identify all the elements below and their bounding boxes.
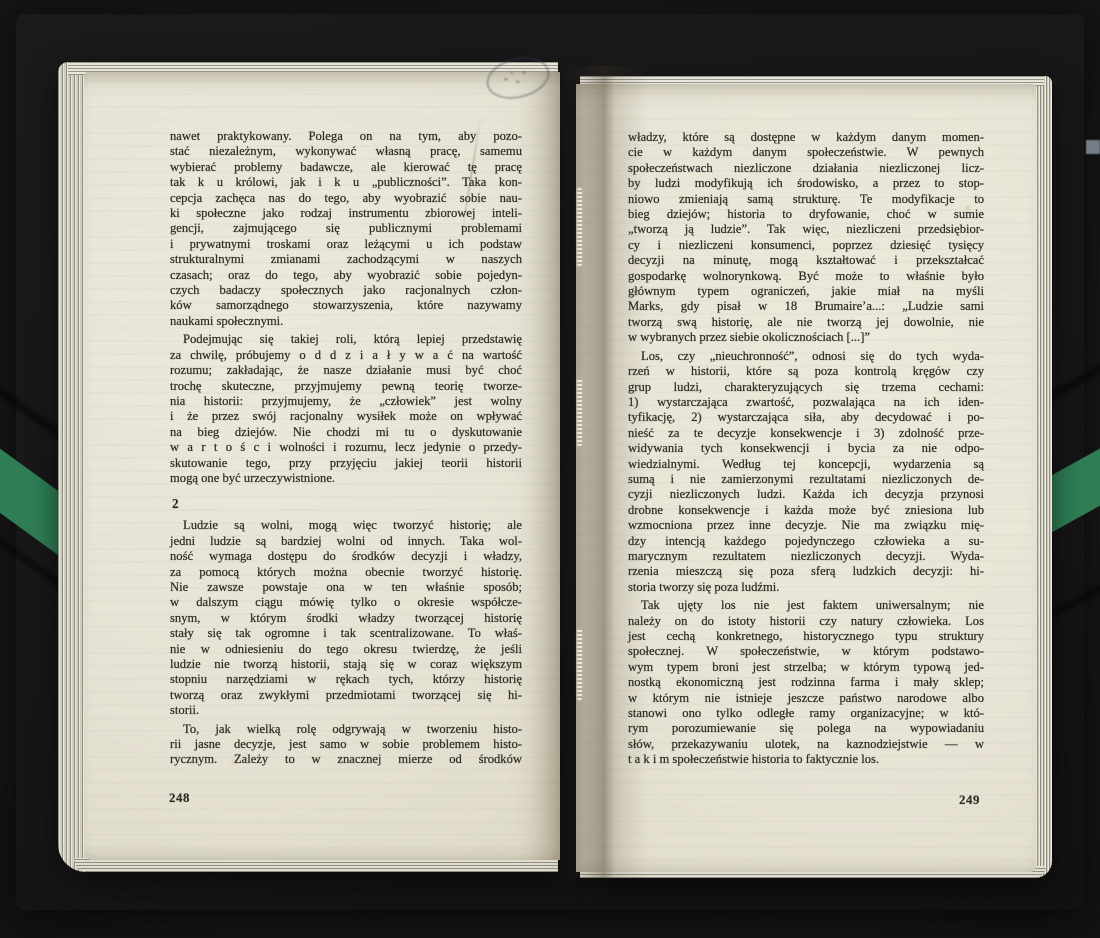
text-line: tak k u królowi, jak i k u „publiczności…	[170, 175, 522, 190]
text-line: społecznej. W społeczeństwie, w którym p…	[628, 644, 984, 659]
text-line: nawet praktykowany. Polega on na tym, ab…	[170, 129, 522, 144]
text-line: władzy, które są dostępne w każdym danym…	[628, 130, 984, 145]
text-line: tworzą swą historię, ale nie tworzą jej …	[628, 315, 984, 330]
paragraph: Podejmując się takiej roli, którą lepiej…	[170, 332, 522, 486]
text-line: nostką ekonomiczną jest rodzinna farma i…	[628, 675, 984, 690]
text-line: czych badaczy społecznych jako racjonaln…	[170, 283, 522, 298]
text-line: za chwilę, próbujemy o d d z i a ł y w a…	[170, 348, 522, 363]
text-line: jest cechą konkretnego, historycznego ty…	[628, 629, 984, 644]
text-line: Podejmując się takiej roli, którą lepiej…	[170, 332, 522, 347]
text-line: cy i niezliczeni konsumenci, poprzez dzi…	[628, 238, 984, 253]
text-line: storii.	[170, 703, 522, 718]
text-line: wym typem broni jest strzelba; w którym …	[628, 660, 984, 675]
text-line: stopniu narzędziami w rękach tych, którz…	[170, 672, 522, 687]
text-line: rycznym. Zależy to w znacznej mierze od …	[170, 752, 522, 767]
page-number-right: 249	[628, 793, 980, 808]
text-line: dzy intencją każdego pojedynczego człowi…	[628, 534, 984, 549]
text-line: rzenia mieszczą się poza sferą ludzkich …	[628, 564, 984, 579]
text-line: rym porozumiewanie się polega na wypowia…	[628, 721, 984, 736]
paragraph: To, jak wielką rolę odgrywają w tworzeni…	[170, 722, 522, 768]
text-line: nia historii: przyjmujemy, że „człowiek”…	[170, 394, 522, 409]
text-line: ki społeczne jako rodzaj instrumentu zbi…	[170, 206, 522, 221]
open-book: nawet praktykowany. Polega on na tym, ab…	[58, 60, 1055, 882]
text-line: To, jak wielką rolę odgrywają w tworzeni…	[170, 722, 522, 737]
text-line: widywania tych konsekwencji i bycia za n…	[628, 441, 984, 456]
text-line: marycznym rezultatem niezliczonych decyz…	[628, 549, 984, 564]
text-line: rii jasne decyzje, jest samo w sobie pro…	[170, 737, 522, 752]
page-number-left: 248	[169, 791, 190, 806]
page-edges-bottom-left	[74, 858, 558, 872]
text-line: wybierać problemy badawcze, ale kierować…	[170, 160, 522, 175]
text-line: Los, czy „nieuchronność”, odnosi się do …	[628, 349, 984, 364]
text-line: nie w odniesieniu do tego okresu twierdz…	[170, 642, 522, 657]
paragraph: Los, czy „nieuchronność”, odnosi się do …	[628, 349, 984, 596]
text-line: grup ludzi, charakteryzujących się trzem…	[628, 380, 984, 395]
text-line: naukami społecznymi.	[170, 314, 522, 329]
text-line: strukturalnymi zmianami zachodzącymi w n…	[170, 252, 522, 267]
text-line: należy on do istoty historii czy natury …	[628, 614, 984, 629]
text-line: trochę skuteczne, przyjmujemy pewną teor…	[170, 379, 522, 394]
text-line: gospodarkę wolnorynkową. Być może to wła…	[628, 269, 984, 284]
text-line: Nie zawsze powstaje ona w ten właśnie sp…	[170, 580, 522, 595]
text-line: wiedzialnymi. Według tej koncepcji, wyda…	[628, 457, 984, 472]
binding-thread	[577, 628, 582, 700]
page-edges-fore-right	[1035, 76, 1052, 878]
text-line: na bieg dziejów. Nie chodzi mi tu o dysk…	[170, 425, 522, 440]
paragraph: nawet praktykowany. Polega on na tym, ab…	[170, 129, 522, 329]
background-tab	[1086, 140, 1100, 154]
text-line: społeczeństwach niezliczone działania ni…	[628, 161, 984, 176]
text-line: w a r t o ś c i wolności i rozumu, lecz …	[170, 440, 522, 455]
text-line: ność wymaga dostępu do środków decyzji i…	[170, 549, 522, 564]
text-line: ludzie nie tworzą historii, stają się w …	[170, 657, 522, 672]
text-line: by ludzi modyfikują ich środowisko, a pr…	[628, 176, 984, 191]
text-line: mogą one być urzeczywistnione.	[170, 471, 522, 486]
text-line: cyzji niezliczonych ludzi. Każda ich dec…	[628, 487, 984, 502]
text-line: storia tworzy się poza ludźmi.	[628, 580, 984, 595]
binding-thread	[577, 378, 582, 446]
page-edges-fore-left	[58, 62, 86, 872]
paragraph: Tak ujęty los nie jest faktem uniwersaln…	[628, 598, 984, 767]
text-line: za pomocą których można obecnie tworzyć …	[170, 565, 522, 580]
text-line: Ludzie są wolni, mogą więc tworzyć histo…	[170, 518, 522, 533]
binding-thread	[577, 188, 582, 266]
text-line: Tak ujęty los nie jest faktem uniwersaln…	[628, 598, 984, 613]
page-249-text: władzy, które są dostępne w każdym danym…	[628, 130, 984, 768]
text-line: bieg dziejów; historia to dryfowanie, ch…	[628, 207, 984, 222]
book-page-left: nawet praktykowany. Polega on na tym, ab…	[84, 72, 560, 860]
text-line: tyfikację, 2) wystarczająca siła, aby de…	[628, 410, 984, 425]
text-line: stanowi ono tylko odległe ramy organizac…	[628, 706, 984, 721]
text-line: czasach; oraz do tego, aby wyobrazić sob…	[170, 268, 522, 283]
text-line: 1) wystarczająca zwartość, pozwalająca n…	[628, 395, 984, 410]
text-line: cepcja zachęca nas do tego, aby wyobrazi…	[170, 191, 522, 206]
text-line: sumą i nie zamierzonymi rezultatami niez…	[628, 472, 984, 487]
text-line: w wybranych przez siebie okolicznościach…	[628, 330, 984, 345]
book-photo-scene: nawet praktykowany. Polega on na tym, ab…	[0, 0, 1100, 938]
text-line: słów, przekazywaniu ulotek, na kaznodzie…	[628, 737, 984, 752]
text-line: jedni ludzie są bardziej wolni od innych…	[170, 534, 522, 549]
text-line: ków samorządnego stowarzyszenia, które n…	[170, 298, 522, 313]
text-line: nieść za te decyzje konsekwencje i 3) zd…	[628, 426, 984, 441]
text-line: decyzji na minutę, mogą kształtować i pr…	[628, 253, 984, 268]
text-line: tworzą oraz zwykłymi przedmiotami tworzą…	[170, 688, 522, 703]
text-line: wzmocniona przez inne decyzje. Nie ma zw…	[628, 518, 984, 533]
page-248-text: nawet praktykowany. Polega on na tym, ab…	[170, 129, 522, 768]
text-line: gencji, zajmującego się publicznymi prob…	[170, 221, 522, 236]
text-line: w którym nie istnieje jeszcze państwo na…	[628, 691, 984, 706]
text-line: snym, w którym środki władzy tworzącej h…	[170, 611, 522, 626]
text-line: t a k i m społeczeństwie historia to fak…	[628, 752, 984, 767]
text-line: rzeń w historii, które są poza kontrolą …	[628, 364, 984, 379]
book-page-right: władzy, które są dostępne w każdym danym…	[576, 84, 1036, 872]
text-line: w dalszym ciągu mówię tylko o okresie ws…	[170, 595, 522, 610]
text-line: skutowanie tego, przy przyjęciu jakiej t…	[170, 456, 522, 471]
text-line: głównym typem ograniczeń, jakie miał na …	[628, 284, 984, 299]
text-line: i prywatnymi troskami oraz leżącymi u ic…	[170, 237, 522, 252]
section-number: 2	[172, 496, 522, 511]
text-line: cie w każdym danym społeczeństwie. W pew…	[628, 145, 984, 160]
text-line: „tworzą ją ludzie”. Tak więc, niezliczen…	[628, 222, 984, 237]
text-line: Marks, gdy pisał w 18 Brumaire’a...: „Lu…	[628, 299, 984, 314]
text-line: stać niezależnym, wykonywać własną pracę…	[170, 144, 522, 159]
paragraph: Ludzie są wolni, mogą więc tworzyć histo…	[170, 518, 522, 718]
text-line: i że przez swój racjonalny wysiłek może …	[170, 409, 522, 424]
text-line: drobne konsekwencje i każda może być zni…	[628, 503, 984, 518]
text-line: rozumu; zakładając, że nasze działanie m…	[170, 363, 522, 378]
paragraph: władzy, które są dostępne w każdym danym…	[628, 130, 984, 346]
text-line: niowo zmieniają samą strukturę. Te modyf…	[628, 192, 984, 207]
text-line: stały się tak ogromne i tak scentralizow…	[170, 626, 522, 641]
